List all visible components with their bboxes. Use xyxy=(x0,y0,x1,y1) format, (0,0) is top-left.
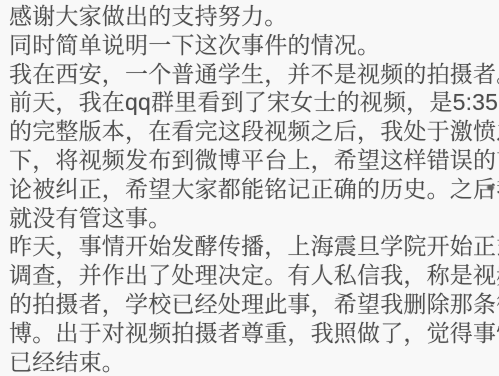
text-line: 同时简单说明一下这次事件的情况。 xyxy=(9,31,495,60)
text-line: 我在西安，一个普通学生，并不是视频的拍摄者。 xyxy=(9,60,495,89)
text-line: 前天，我在qq群里看到了宋女士的视频，是5:35 xyxy=(9,88,495,117)
text-line: 就没有管这事。 xyxy=(9,204,495,233)
text-line: 论被纠正，希望大家都能铭记正确的历史。之后我 xyxy=(9,175,495,204)
stray-dot-mark xyxy=(487,185,494,190)
text-line: 已经结束。 xyxy=(9,348,495,376)
statement-text-image: 感谢大家做出的支持努力。 同时简单说明一下这次事件的情况。 我在西安，一个普通学… xyxy=(0,0,499,376)
text-line: 下，将视频发布到微博平台上，希望这样错误的言 xyxy=(9,146,495,175)
text-line: 的拍摄者，学校已经处理此事，希望我删除那条微 xyxy=(9,290,495,319)
text-line: 昨天，事情开始发酵传播，上海震旦学院开始正式 xyxy=(9,232,495,261)
statement-paragraphs: 感谢大家做出的支持努力。 同时简单说明一下这次事件的情况。 我在西安，一个普通学… xyxy=(9,2,495,376)
text-line: 博。出于对视频拍摄者尊重，我照做了，觉得事情 xyxy=(9,319,495,348)
text-line: 调查，并作出了处理决定。有人私信我，称是视频 xyxy=(9,261,495,290)
text-line: 感谢大家做出的支持努力。 xyxy=(9,2,495,31)
text-line: 的完整版本，在看完这段视频之后，我处于激愤之 xyxy=(9,117,495,146)
